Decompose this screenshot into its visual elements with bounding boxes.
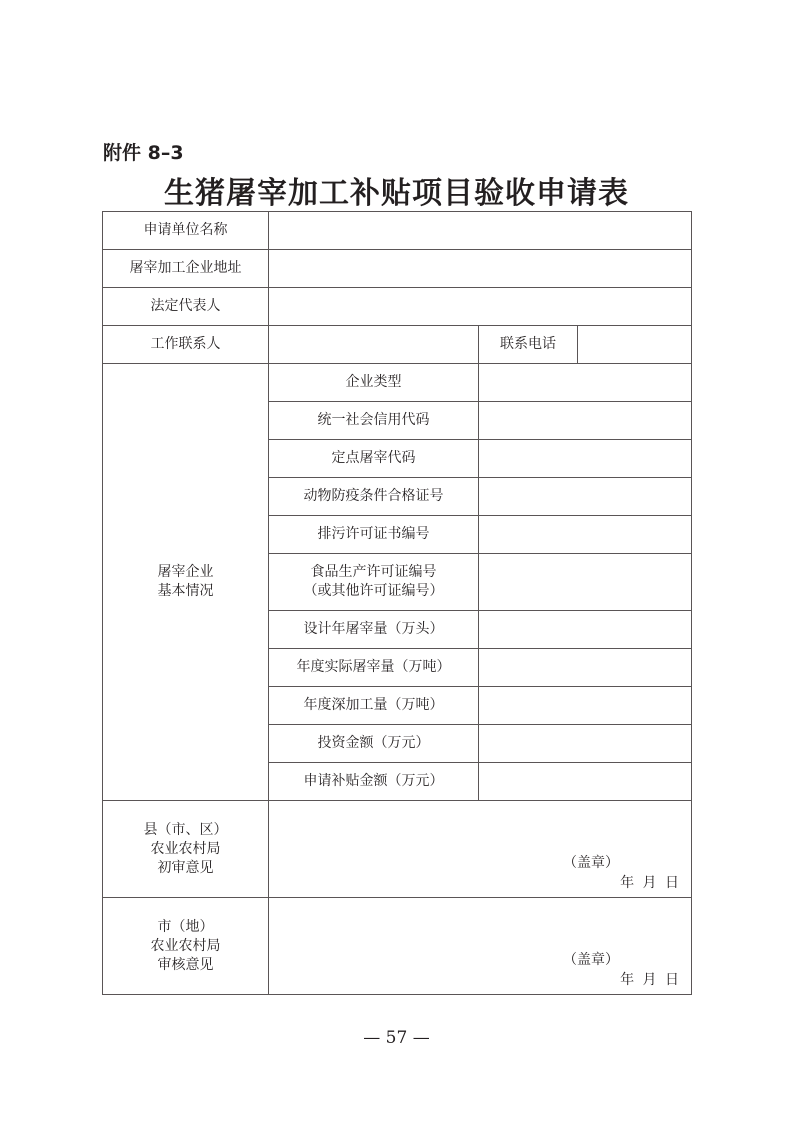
label-legal-rep: 法定代表人: [103, 288, 269, 326]
county-label-line2: 农业农村局: [103, 840, 268, 859]
label-subsidy-amount: 申请补贴金额（万元）: [269, 763, 479, 801]
field-deep-processing[interactable]: [479, 687, 692, 725]
field-food-license[interactable]: [479, 554, 692, 611]
food-license-line1: 食品生产许可证编号: [269, 563, 478, 582]
label-contact-person: 工作联系人: [103, 326, 269, 364]
field-subsidy-amount[interactable]: [479, 763, 692, 801]
row-city-opinion: 市（地） 农业农村局 审核意见 （盖章） 年 月 日: [103, 898, 692, 995]
food-license-line2: （或其他许可证编号）: [269, 582, 478, 601]
field-county-opinion[interactable]: （盖章） 年 月 日: [269, 801, 692, 898]
row-enterprise-address: 屠宰加工企业地址: [103, 250, 692, 288]
attachment-label: 附件 8–3: [103, 138, 184, 165]
label-enterprise-type: 企业类型: [269, 364, 479, 402]
field-enterprise-type[interactable]: [479, 364, 692, 402]
label-basic-info-group: 屠宰企业 基本情况: [103, 364, 269, 801]
group-label-line2: 基本情况: [103, 582, 268, 601]
field-contact-phone[interactable]: [578, 326, 692, 364]
field-pollution-permit[interactable]: [479, 516, 692, 554]
city-label-line1: 市（地）: [103, 918, 268, 937]
label-pollution-permit: 排污许可证书编号: [269, 516, 479, 554]
label-enterprise-address: 屠宰加工企业地址: [103, 250, 269, 288]
county-label-line1: 县（市、区）: [103, 821, 268, 840]
field-enterprise-address[interactable]: [269, 250, 692, 288]
page-number: — 57 —: [0, 1028, 793, 1048]
city-label-line2: 农业农村局: [103, 937, 268, 956]
field-applicant-name[interactable]: [269, 212, 692, 250]
label-design-capacity: 设计年屠宰量（万头）: [269, 611, 479, 649]
row-basic-info-0: 屠宰企业 基本情况 企业类型: [103, 364, 692, 402]
label-deep-processing: 年度深加工量（万吨）: [269, 687, 479, 725]
field-epidemic-cert[interactable]: [479, 478, 692, 516]
field-credit-code[interactable]: [479, 402, 692, 440]
county-date-text: 年 月 日: [620, 874, 679, 893]
city-label-line3: 审核意见: [103, 956, 268, 975]
row-county-opinion: 县（市、区） 农业农村局 初审意见 （盖章） 年 月 日: [103, 801, 692, 898]
county-seal-text: （盖章）: [563, 854, 619, 873]
field-actual-slaughter[interactable]: [479, 649, 692, 687]
label-investment: 投资金额（万元）: [269, 725, 479, 763]
row-contact: 工作联系人 联系电话: [103, 326, 692, 364]
city-seal-text: （盖章）: [563, 951, 619, 970]
field-contact-person[interactable]: [269, 326, 479, 364]
application-form-table: 申请单位名称 屠宰加工企业地址 法定代表人 工作联系人 联系电话 屠宰企业 基本…: [102, 211, 692, 995]
field-slaughter-code[interactable]: [479, 440, 692, 478]
field-legal-rep[interactable]: [269, 288, 692, 326]
label-city-opinion: 市（地） 农业农村局 审核意见: [103, 898, 269, 995]
label-epidemic-cert: 动物防疫条件合格证号: [269, 478, 479, 516]
field-city-opinion[interactable]: （盖章） 年 月 日: [269, 898, 692, 995]
label-county-opinion: 县（市、区） 农业农村局 初审意见: [103, 801, 269, 898]
field-design-capacity[interactable]: [479, 611, 692, 649]
label-contact-phone: 联系电话: [479, 326, 578, 364]
label-credit-code: 统一社会信用代码: [269, 402, 479, 440]
city-date-text: 年 月 日: [620, 971, 679, 990]
group-label-line1: 屠宰企业: [103, 563, 268, 582]
label-applicant-name: 申请单位名称: [103, 212, 269, 250]
label-actual-slaughter: 年度实际屠宰量（万吨）: [269, 649, 479, 687]
row-legal-rep: 法定代表人: [103, 288, 692, 326]
county-label-line3: 初审意见: [103, 859, 268, 878]
label-slaughter-code: 定点屠宰代码: [269, 440, 479, 478]
label-food-license: 食品生产许可证编号 （或其他许可证编号）: [269, 554, 479, 611]
form-title: 生猪屠宰加工补贴项目验收申请表: [0, 168, 793, 212]
row-applicant-name: 申请单位名称: [103, 212, 692, 250]
field-investment[interactable]: [479, 725, 692, 763]
